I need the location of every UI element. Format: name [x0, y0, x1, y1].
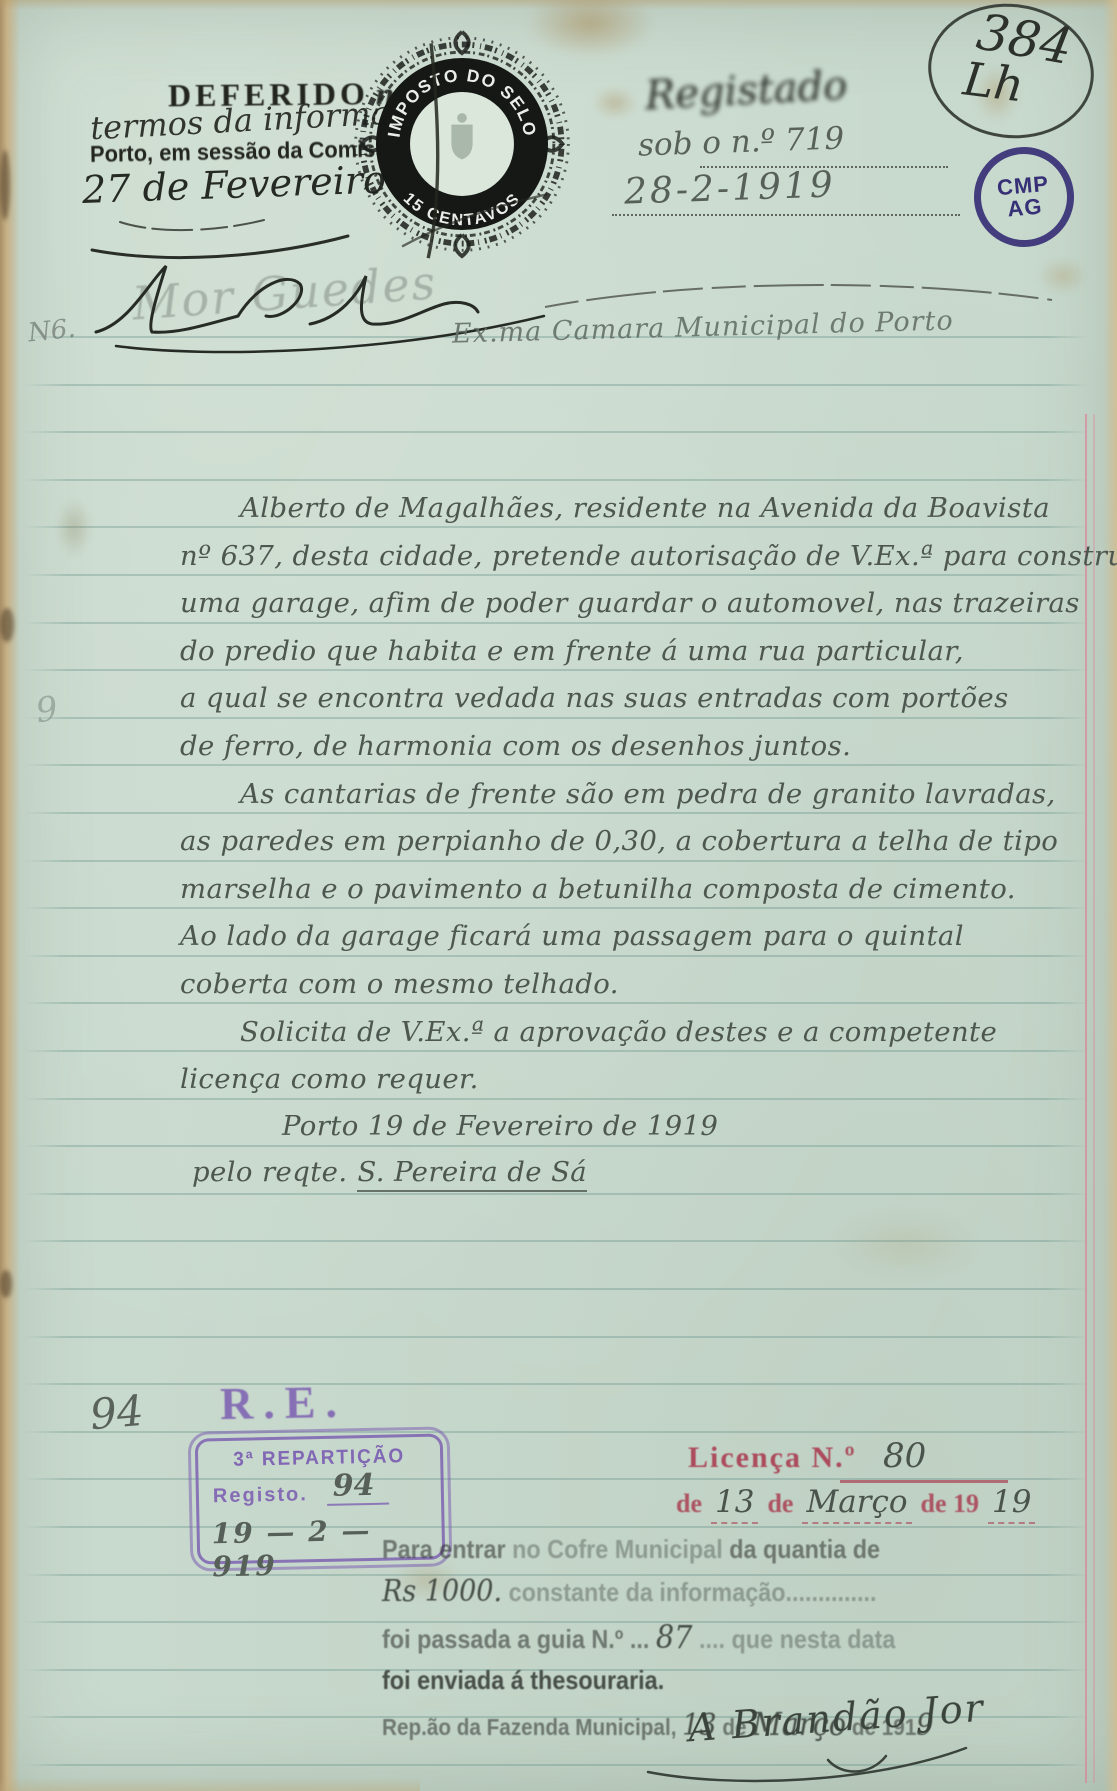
ruled-line — [24, 1431, 1089, 1433]
treasurer-signature-flourish — [640, 1742, 980, 1791]
licenca-stamp-line2: de 13 de Março de 19 19 — [676, 1484, 1035, 1524]
registo-label: Registo. — [213, 1483, 308, 1508]
fazenda-amount-handwritten: Rs 1000. — [382, 1574, 502, 1609]
ruled-line — [24, 717, 1089, 719]
body-line: a qual se encontra vedada nas suas entra… — [180, 682, 1009, 714]
body-line: coberta com o mesmo telhado. — [180, 968, 619, 1000]
petition-closing: pelo reqte.S. Pereira de Sá — [192, 1156, 587, 1188]
pencil-margin-mark: 9 — [33, 689, 60, 732]
paper-stain — [592, 86, 638, 120]
paper-right-edge — [1103, 0, 1117, 1791]
body-line: Ao lado da garage ficará uma passagem pa… — [180, 920, 964, 952]
ruled-line — [24, 669, 1089, 671]
fazenda-line1: Para entrar no Cofre Municipal da quanti… — [382, 1534, 976, 1565]
ruled-line — [24, 431, 1089, 433]
fazenda-dots: .............. — [786, 1577, 877, 1607]
body-line: de ferro, de harmonia com os desenhos ju… — [180, 730, 851, 762]
fazenda-text: da quantia de — [729, 1534, 880, 1564]
process-number-circle: 384 Lh — [920, 0, 1101, 148]
body-line: as paredes em perpianho de 0,30, a cober… — [180, 825, 1058, 857]
closing-prefix: pelo reqte. — [192, 1156, 347, 1188]
petition-dateline: Porto 19 de Fevereiro de 1919 — [282, 1110, 718, 1142]
fazenda-text: Para entrar — [382, 1534, 506, 1564]
fazenda-line3: foi passada a guia N.º ... 87 .... que n… — [382, 1618, 976, 1656]
binding-hole — [0, 608, 14, 642]
ruled-line — [24, 1098, 1089, 1100]
fazenda-line4: foi enviada á thesouraria. — [382, 1665, 976, 1696]
petitioner-signature: S. Pereira de Sá — [357, 1156, 587, 1192]
pencil-margin-note: N6. — [27, 314, 77, 349]
registry-date: 28-2-1919 — [623, 164, 836, 212]
fazenda-line2: Rs 1000. constante da informação........… — [382, 1574, 976, 1609]
registado-smudged-stamp: Registado — [644, 63, 848, 120]
body-line: As cantarias de frente são em pedra de g… — [240, 778, 1056, 810]
fazenda-text-faded: no Cofre Municipal — [512, 1534, 723, 1564]
re-stamp: R.E. — [220, 1375, 348, 1430]
ruled-line — [24, 622, 1089, 624]
licenca-de: de 19 — [921, 1489, 980, 1519]
licenca-year: 19 — [988, 1484, 1035, 1524]
margin-line — [1085, 414, 1087, 1783]
body-line: do predio que habita e em frente á uma r… — [180, 635, 964, 667]
pencil-register-number: 94 — [88, 1386, 146, 1439]
ruled-line — [24, 764, 1089, 766]
licenca-de: de — [676, 1489, 702, 1519]
licenca-de: de — [767, 1489, 793, 1519]
paper-bottom-edge — [0, 1777, 420, 1791]
ruled-line — [24, 812, 1089, 814]
ruled-line — [24, 1240, 1089, 1242]
body-line: licença como requer. — [180, 1063, 479, 1095]
body-line: Solicita de V.Ex.ª a aprovação destes e … — [240, 1016, 997, 1048]
body-line: Alberto de Magalhães, residente na Aveni… — [240, 492, 1050, 524]
ruled-line — [24, 860, 1089, 862]
fazenda-guia-number: 87 — [656, 1618, 693, 1656]
body-line: uma garage, afim de poder guardar o auto… — [180, 587, 1080, 619]
body-line: marselha e o pavimento a betunilha compo… — [180, 873, 1016, 905]
ruled-line — [24, 1050, 1089, 1052]
licenca-month: Março — [802, 1484, 911, 1524]
registry-number: sob o n.º 719 — [637, 120, 844, 163]
ruled-line — [24, 1526, 1089, 1528]
ruled-line — [24, 1383, 1089, 1385]
ruled-line — [24, 1002, 1089, 1004]
ruled-line — [24, 1288, 1089, 1290]
document-page: DEFERIDOnos termos da informação Porto, … — [0, 0, 1117, 1791]
fazenda-text-faded: constante da informação — [509, 1577, 786, 1607]
ruled-line — [24, 955, 1089, 957]
licenca-day: 13 — [711, 1484, 758, 1524]
ruled-line — [24, 479, 1089, 481]
licenca-stamp-line1: Licença N.º 80 — [688, 1436, 926, 1476]
paper-stain — [830, 1210, 980, 1280]
licenca-underline — [840, 1480, 1008, 1483]
registry-dotted-line — [612, 214, 960, 216]
ruled-line — [24, 526, 1089, 528]
body-line: nº 637, desta cidade, pretende autorisaç… — [180, 540, 1117, 572]
margin-line-secondary — [1093, 414, 1095, 1783]
fazenda-text: Rep.ão da Fazenda Municipal, — [382, 1714, 676, 1740]
ruled-line — [24, 384, 1089, 386]
binding-mark — [0, 150, 10, 220]
ruled-line — [24, 1145, 1089, 1147]
clerk-initials: Lh — [960, 51, 1026, 112]
reparticao-title: 3ª REPARTIÇÃO — [204, 1445, 434, 1473]
registo-value: 94 — [326, 1468, 389, 1506]
paper-top-edge — [0, 0, 1117, 10]
imposto-do-selo-seal: IMPOSTO DO SELO 15 CENTAVOS — [346, 28, 578, 260]
fazenda-text: foi passada a guia N.º ... — [382, 1624, 649, 1654]
fazenda-text-faded: .... que nesta data — [699, 1624, 895, 1654]
ruled-line — [24, 1336, 1089, 1338]
binding-edge — [0, 0, 20, 1791]
ruled-line — [24, 907, 1089, 909]
binding-hole — [0, 1270, 12, 1298]
licenca-label: Licença N.º — [688, 1441, 857, 1474]
licenca-number: 80 — [883, 1436, 926, 1476]
cmp-ag-stamp: CMP AG — [970, 143, 1078, 251]
ruled-line — [24, 574, 1089, 576]
ruled-line — [24, 1193, 1089, 1195]
